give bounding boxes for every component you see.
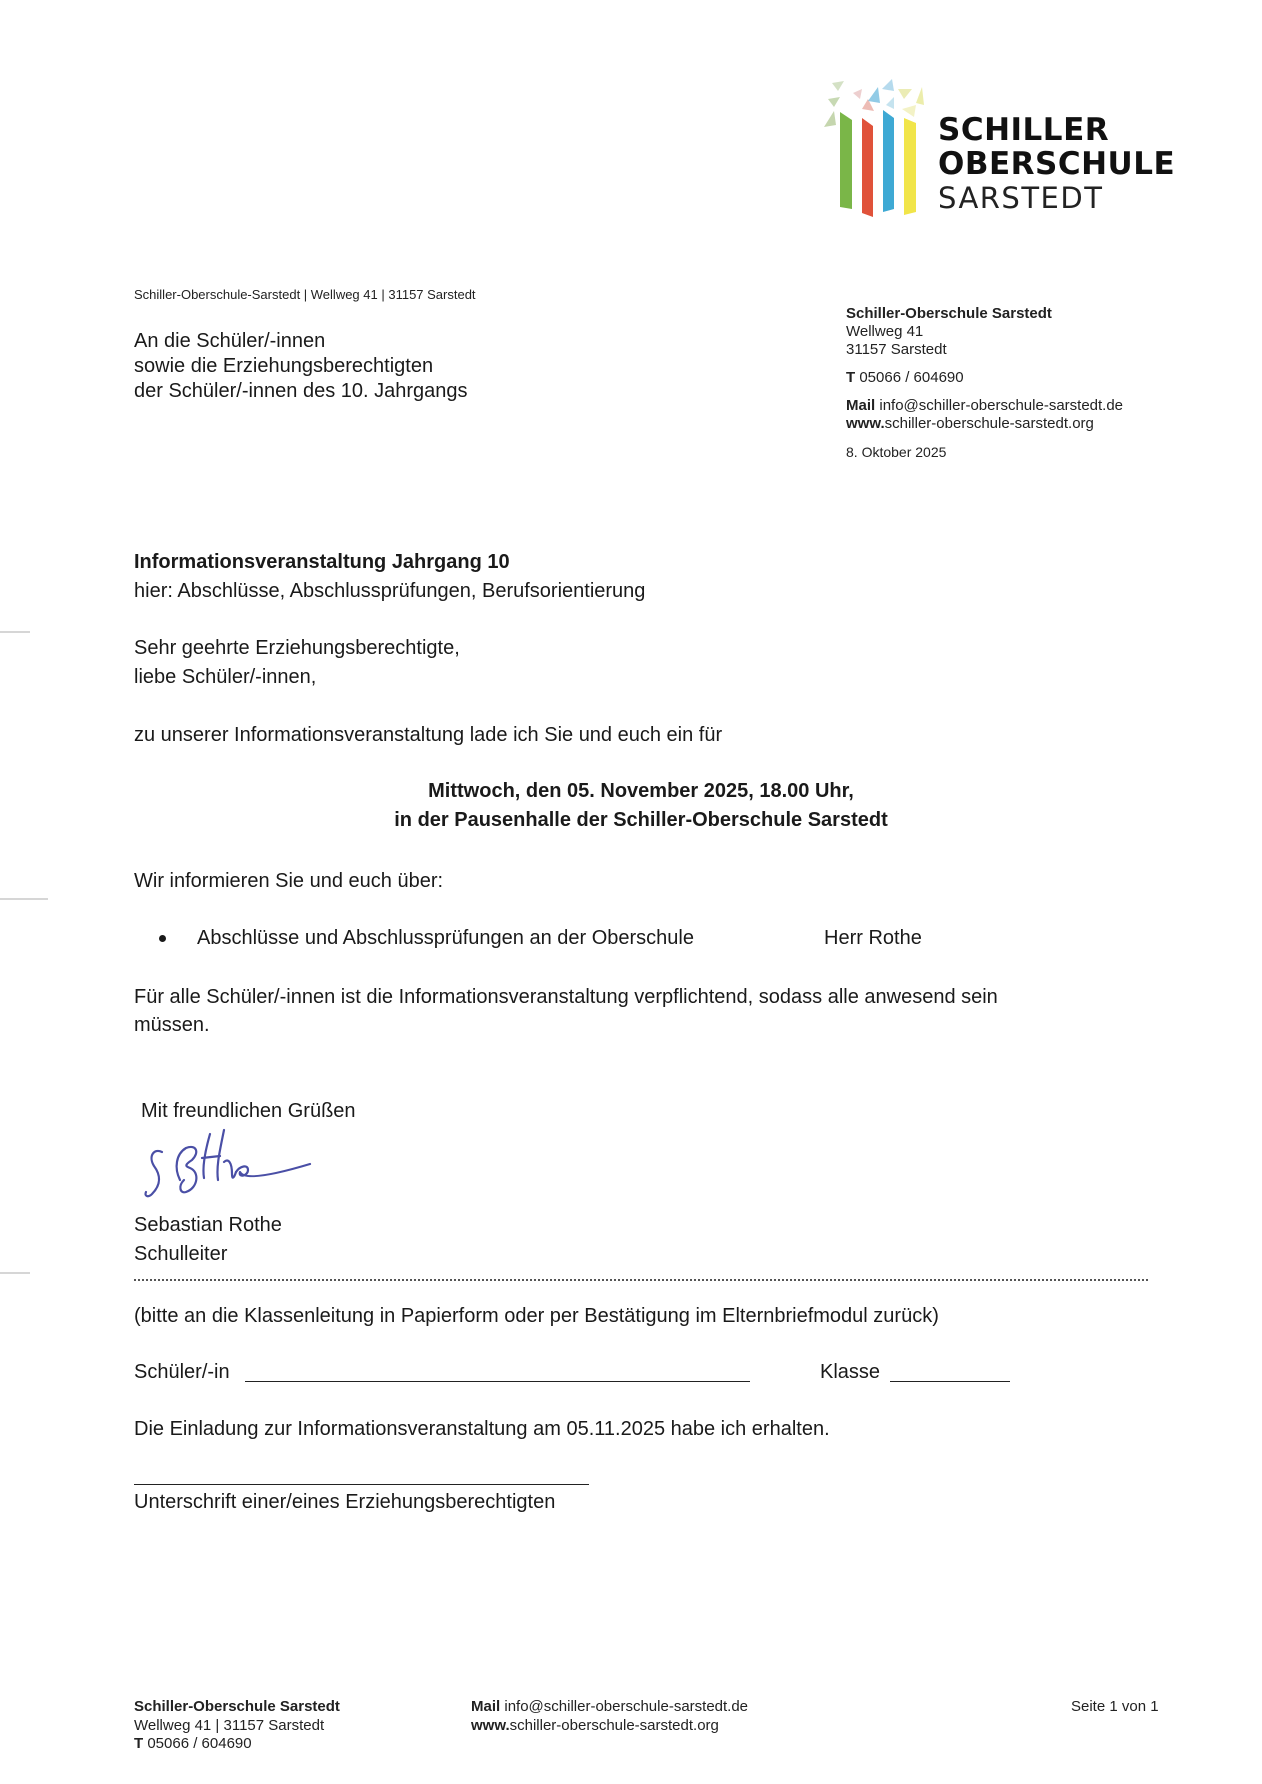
mail-label: Mail xyxy=(846,397,875,414)
footer-mail-link[interactable]: info@schiller-oberschule-sarstedt.de xyxy=(504,1698,748,1715)
sender-name: Schiller-Oberschule Sarstedt xyxy=(846,305,1123,323)
sender-phone: T 05066 / 604690 xyxy=(846,369,1123,387)
footer-web-prefix: www. xyxy=(471,1717,510,1734)
mandatory-notice-line-1: Für alle Schüler/-innen ist die Informat… xyxy=(134,985,998,1009)
logo-text-sarstedt: SARSTEDT xyxy=(938,181,1103,215)
recipient-line: sowie die Erziehungsberechtigten xyxy=(134,354,468,379)
closing-greeting: Mit freundlichen Grüßen xyxy=(141,1099,356,1123)
footer-mail-label: Mail xyxy=(471,1698,500,1715)
footer-website[interactable]: www.schiller-oberschule-sarstedt.org xyxy=(471,1717,748,1736)
letter-date: 8. Oktober 2025 xyxy=(846,443,1123,461)
mandatory-notice-line-2: müssen. xyxy=(134,1013,210,1037)
sender-website[interactable]: www.schiller-oberschule-sarstedt.org xyxy=(846,415,1123,433)
fold-mark-bottom xyxy=(0,1272,30,1274)
logo-text-oberschule: OBERSCHULE xyxy=(938,147,1175,181)
punch-mark-middle xyxy=(0,898,48,900)
subject-subtitle: hier: Abschlüsse, Abschlussprüfungen, Be… xyxy=(134,579,645,603)
handwritten-signature-icon xyxy=(140,1122,320,1212)
parent-signature-label: Unterschrift einer/eines Erziehungsberec… xyxy=(134,1490,555,1514)
intro-text: zu unserer Informationsveranstaltung lad… xyxy=(134,723,722,747)
confirmation-text: Die Einladung zur Informationsveranstalt… xyxy=(134,1417,830,1441)
sender-city: 31157 Sarstedt xyxy=(846,341,1123,359)
parent-signature-field[interactable] xyxy=(134,1484,589,1485)
footer-school-name: Schiller-Oberschule Sarstedt xyxy=(134,1698,340,1717)
logo-text-schiller: SCHILLER xyxy=(938,113,1109,147)
cut-line-divider xyxy=(134,1279,1148,1281)
sender-info: Schiller-Oberschule Sarstedt Wellweg 41 … xyxy=(846,305,1123,461)
event-date-time: Mittwoch, den 05. November 2025, 18.00 U… xyxy=(0,777,1262,806)
signer-name: Sebastian Rothe xyxy=(134,1213,282,1237)
salutation-line-1: Sehr geehrte Erziehungsberechtigte, xyxy=(134,636,460,660)
event-location: in der Pausenhalle der Schiller-Oberschu… xyxy=(0,806,1262,835)
recipient-line: An die Schüler/-innen xyxy=(134,329,468,354)
class-field[interactable] xyxy=(890,1381,1010,1382)
phone-label: T xyxy=(846,369,855,386)
footer-contact: Mail info@schiller-oberschule-sarstedt.d… xyxy=(471,1698,748,1735)
sender-mail: Mail info@schiller-oberschule-sarstedt.d… xyxy=(846,397,1123,415)
footer-phone-number: 05066 / 604690 xyxy=(147,1735,251,1752)
reply-slip-note: (bitte an die Klassenleitung in Papierfo… xyxy=(134,1304,939,1328)
footer-web-domain: schiller-oberschule-sarstedt.org xyxy=(510,1717,719,1734)
topic-item: Abschlüsse und Abschlussprüfungen an der… xyxy=(197,926,694,950)
subject-title: Informationsveranstaltung Jahrgang 10 xyxy=(134,550,510,574)
class-field-label: Klasse xyxy=(820,1360,880,1384)
web-domain: schiller-oberschule-sarstedt.org xyxy=(885,415,1094,432)
recipient-address: An die Schüler/-innen sowie die Erziehun… xyxy=(134,329,468,404)
topic-speaker: Herr Rothe xyxy=(824,926,922,950)
footer-mail: Mail info@schiller-oberschule-sarstedt.d… xyxy=(471,1698,748,1717)
phone-number: 05066 / 604690 xyxy=(859,369,963,386)
fold-mark-top xyxy=(0,631,30,633)
logo-bars-icon xyxy=(820,75,930,225)
topics-intro: Wir informieren Sie und euch über: xyxy=(134,869,443,893)
recipient-line: der Schüler/-innen des 10. Jahrgangs xyxy=(134,379,468,404)
event-details: Mittwoch, den 05. November 2025, 18.00 U… xyxy=(0,777,1262,834)
footer-phone-label: T xyxy=(134,1735,143,1752)
page-number: Seite 1 von 1 xyxy=(1071,1698,1159,1717)
bullet-icon xyxy=(159,935,166,942)
salutation-line-2: liebe Schüler/-innen, xyxy=(134,665,316,689)
footer-phone: T 05066 / 604690 xyxy=(134,1735,340,1754)
return-address: Schiller-Oberschule-Sarstedt | Wellweg 4… xyxy=(134,287,476,302)
student-field-label: Schüler/-in xyxy=(134,1360,230,1384)
signer-title: Schulleiter xyxy=(134,1242,227,1266)
footer-street: Wellweg 41 | 31157 Sarstedt xyxy=(134,1717,340,1736)
mail-link[interactable]: info@schiller-oberschule-sarstedt.de xyxy=(879,397,1123,414)
sender-street: Wellweg 41 xyxy=(846,323,1123,341)
footer-address: Schiller-Oberschule Sarstedt Wellweg 41 … xyxy=(134,1698,340,1754)
student-name-field[interactable] xyxy=(245,1381,750,1382)
school-logo: SCHILLER OBERSCHULE SARSTEDT xyxy=(820,75,1170,225)
web-prefix: www. xyxy=(846,415,885,432)
